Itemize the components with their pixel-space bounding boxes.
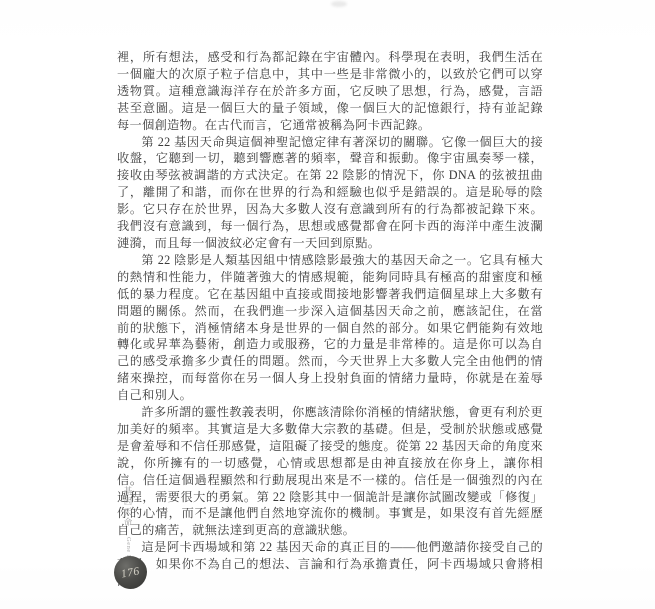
body-paragraph: 第 22 陰影是人類基因組中情感陰影最強大的基因天命之一。它具有極大的熱情和性能… <box>117 252 543 404</box>
page-number-badge: 176 <box>114 556 147 589</box>
body-paragraph: 第 22 基因天命與這個神聖記憶定律有著深切的關聯。它像一個巨大的接收盤，它聽到… <box>117 134 543 252</box>
running-title-chinese: 基因天命 <box>123 486 133 528</box>
body-paragraph: 這是阿卡西場域和第 22 基因天命的真正目的——他們邀請你接受自己的苦困，如果你… <box>117 539 543 590</box>
page-number: 176 <box>120 565 141 580</box>
scan-smudge <box>331 1 347 7</box>
body-paragraph: 許多所謂的靈性教義表明，你應該清除你消極的情緒狀態，會更有利於更加美好的頻率。其… <box>117 404 543 539</box>
book-page: 裡，所有想法，感受和行為都記錄在宇宙體內。科學現在表明，我們生活在一個龐大的次原… <box>0 0 655 609</box>
running-title-vertical: 基因天命 Gene Keys <box>119 486 137 562</box>
body-text-block: 裡，所有想法，感受和行為都記錄在宇宙體內。科學現在表明，我們生活在一個龐大的次原… <box>117 49 543 590</box>
body-paragraph: 裡，所有想法，感受和行為都記錄在宇宙體內。科學現在表明，我們生活在一個龐大的次原… <box>117 49 543 134</box>
